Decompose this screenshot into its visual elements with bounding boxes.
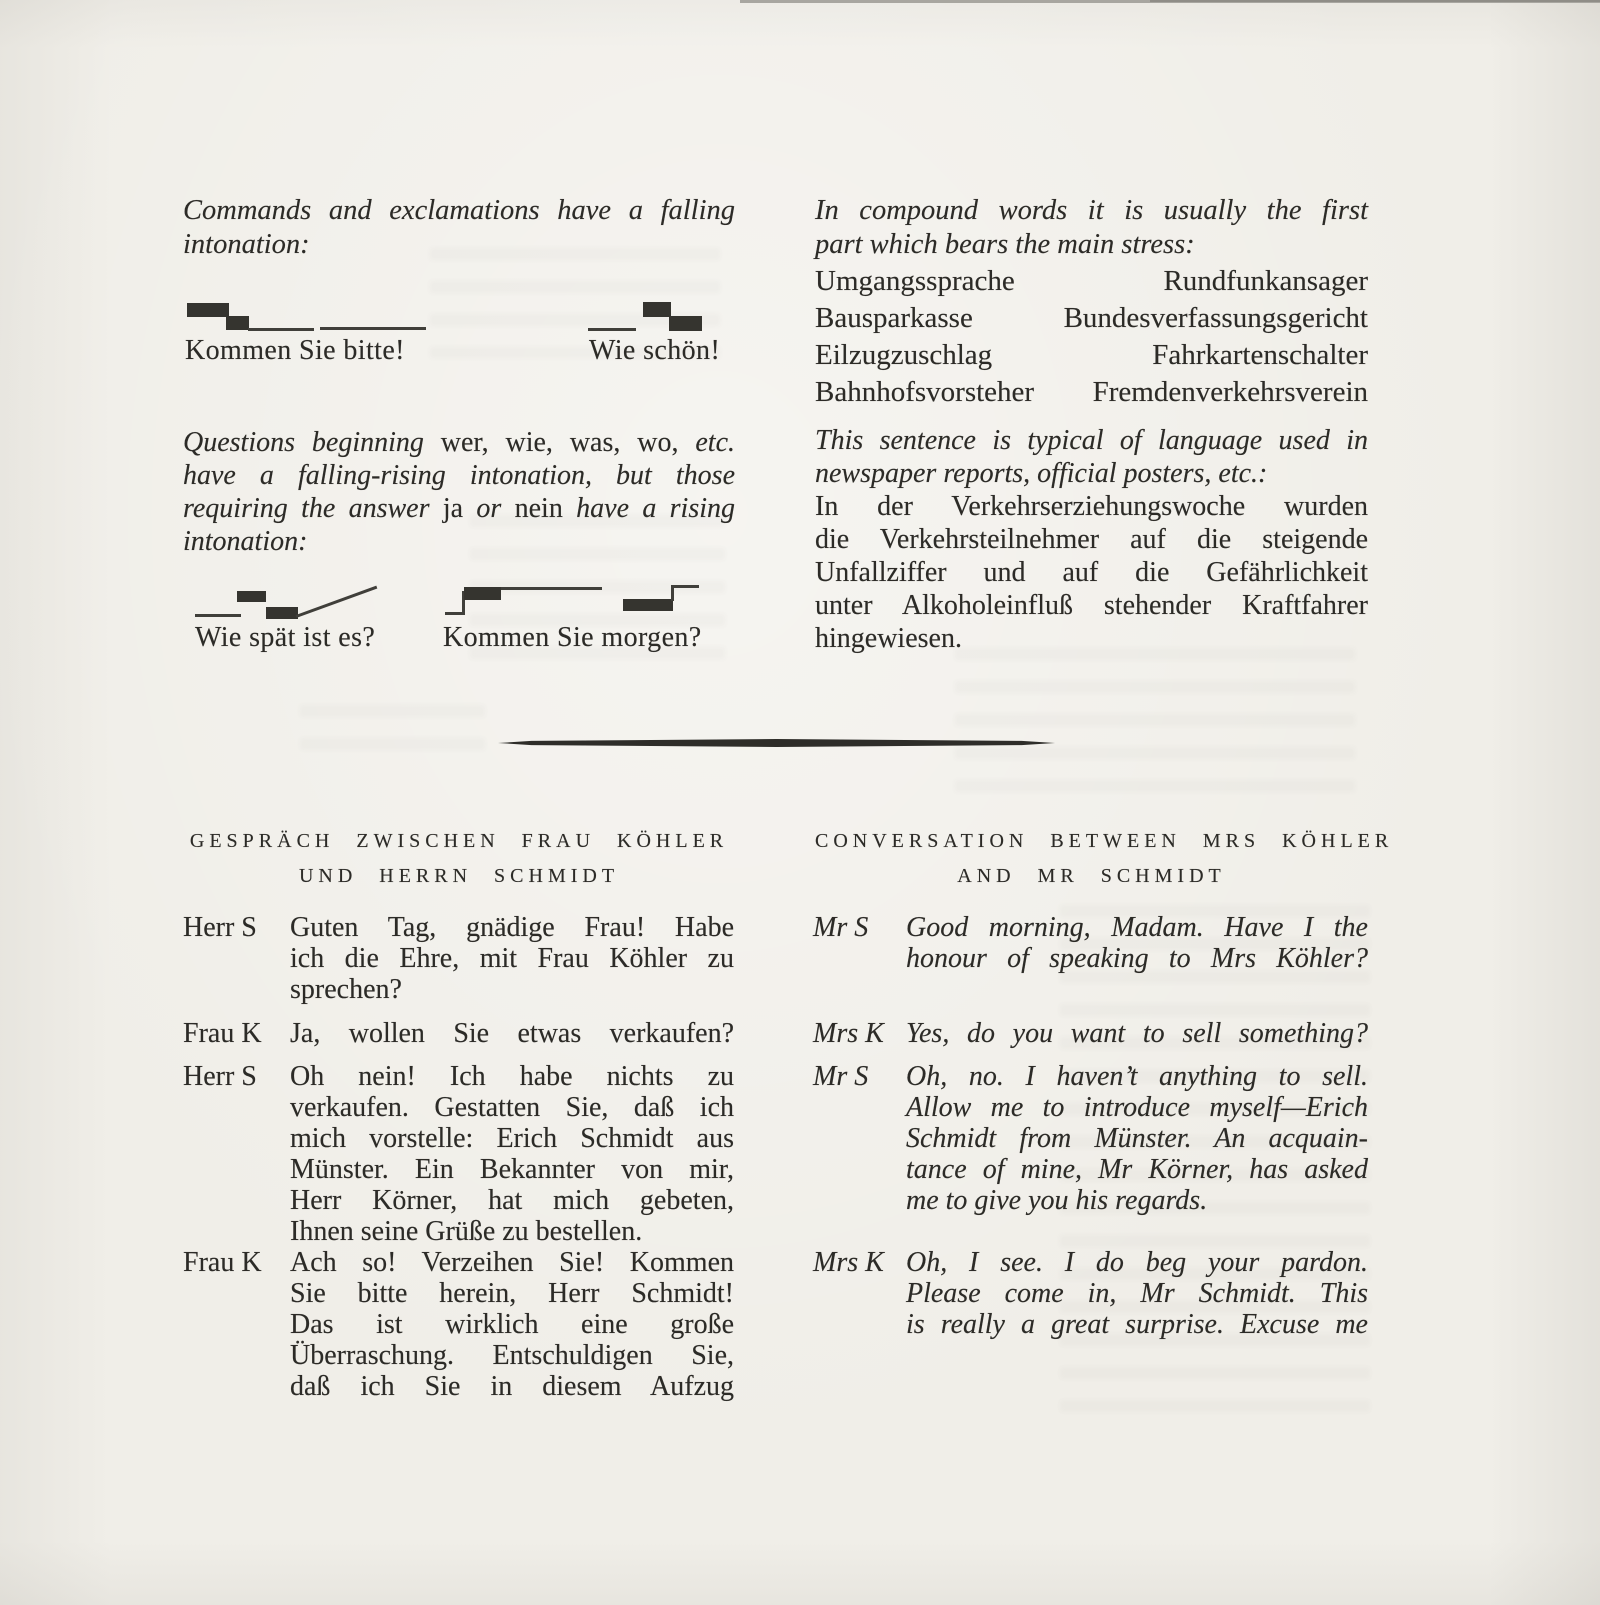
dialogue-turn: Mrs K Yes, do you want to sell something…	[813, 1018, 1368, 1049]
dialogue-text: Good morning, Madam. Have I the honour o…	[906, 912, 1368, 974]
pitch-bar-high	[187, 303, 229, 317]
dialogue-line: Sie bitte herein, Herr Schmidt!	[290, 1278, 734, 1309]
compound-word: Fremdenverkehrsverein	[1093, 374, 1368, 411]
dialogue-line: me to give you his regards.	[906, 1185, 1368, 1216]
text-segment: have a rising	[576, 493, 735, 524]
dialogue-line: Das ist wirklich eine große	[290, 1309, 734, 1340]
dialogue-line: Ja, wollen Sie etwas verkaufen?	[290, 1018, 734, 1049]
paragraph-line: part which bears the main stress:	[815, 228, 1368, 262]
dialogue-line: Oh, I see. I do beg your pardon.	[906, 1247, 1368, 1278]
dialogue-line: sprechen?	[290, 974, 734, 1005]
scan-top-edge-dark	[1150, 0, 1600, 2]
speaker-label: Herr S	[183, 1061, 290, 1247]
compound-word-row: BahnhofsvorsteherFremdenverkehrsverein	[815, 374, 1368, 411]
showthrough-ghost	[955, 648, 1355, 813]
dialogue-line: Schmidt from Münster. An acquain-	[906, 1123, 1368, 1154]
book-page-scan: Commands and exclamations have a falling…	[0, 0, 1600, 1605]
pitch-bar-mid	[226, 316, 249, 330]
compound-word: Rundfunkansager	[1163, 263, 1368, 300]
dialogue-text: Ja, wollen Sie etwas verkaufen?	[290, 1018, 734, 1049]
dialogue-line: Allow me to introduce myself—Erich	[906, 1092, 1368, 1123]
dialogue-line: Guten Tag, gnädige Frau! Habe	[290, 912, 734, 943]
pitch-bar-mid	[623, 599, 673, 611]
compound-word-list: UmgangsspracheRundfunkansager Bausparkas…	[815, 263, 1368, 411]
dialogue-text: Oh, I see. I do beg your pardon. Please …	[906, 1247, 1368, 1340]
dialogue-text: Ach so! Verzeihen Sie! Kommen Sie bitte …	[290, 1247, 734, 1402]
diagram-label: Kommen Sie morgen?	[443, 622, 702, 654]
dialogue-line: Ihnen seine Grüße zu bestellen.	[290, 1216, 734, 1247]
section-divider-rule	[498, 739, 1055, 747]
paragraph-line: die Verkehrsteilnehmer auf die steigende	[815, 523, 1368, 556]
dialogue-line: is really a great surprise. Excuse me	[906, 1309, 1368, 1340]
compound-word: Fahrkartenschalter	[1152, 337, 1368, 374]
dialogue-text: Yes, do you want to sell something?	[906, 1018, 1368, 1049]
paragraph-line: unter Alkoholeinfluß stehender Kraftfahr…	[815, 589, 1368, 622]
text-segment: nein	[515, 493, 563, 524]
compound-word: Umgangssprache	[815, 263, 1015, 300]
speaker-label: Herr S	[183, 912, 290, 1005]
pitch-bar-high	[464, 587, 501, 600]
dialogue-turn: Herr S Guten Tag, gnädige Frau! Habe ich…	[183, 912, 734, 1005]
compound-word: Bundesverfassungsgericht	[1064, 300, 1368, 337]
dialogue-line: Oh, no. I haven’t anything to sell.	[906, 1061, 1368, 1092]
dialogue-line: tance of mine, Mr Körner, has asked	[906, 1154, 1368, 1185]
dialogue-line: Please come in, Mr Schmidt. This	[906, 1278, 1368, 1309]
pitch-rise-line	[295, 586, 377, 618]
dialogue-turn: Mr S Oh, no. I haven’t anything to sell.…	[813, 1061, 1368, 1216]
speaker-label: Frau K	[183, 1247, 290, 1402]
paragraph-line: have a falling-rising intonation, but th…	[183, 459, 735, 492]
pitch-line-low	[248, 328, 314, 331]
sample-sentence-paragraph: In der Verkehrserziehungswoche wurden di…	[815, 490, 1368, 655]
paragraph-line: This sentence is typical of language use…	[815, 424, 1368, 457]
pitch-line-mid	[195, 614, 241, 617]
stress-rule-paragraph: In compound words it is usually the firs…	[815, 194, 1368, 262]
speaker-label: Mrs K	[813, 1247, 906, 1340]
paragraph-line: hingewiesen.	[815, 622, 1368, 655]
text-segment: etc.	[695, 427, 735, 458]
dialogue-line: honour of speaking to Mrs Köhler?	[906, 943, 1368, 974]
dialogue-line: Good morning, Madam. Have I the	[906, 912, 1368, 943]
compound-word: Eilzugzuschlag	[815, 337, 992, 374]
dialogue-line: verkaufen. Gestatten Sie, daß ich	[290, 1092, 734, 1123]
dialogue-text: Guten Tag, gnädige Frau! Habe ich die Eh…	[290, 912, 734, 1005]
heading-line: GESPRÄCH ZWISCHEN FRAU KÖHLER	[183, 824, 735, 859]
compound-word: Bahnhofsvorsteher	[815, 374, 1034, 411]
paragraph-line: newspaper reports, official posters, etc…	[815, 457, 1368, 490]
paragraph-line: intonation:	[183, 525, 735, 558]
pitch-line-low	[320, 327, 426, 330]
intonation-rule-paragraph-2: Questions beginning wer, wie, was, wo, e…	[183, 426, 735, 558]
dialogue-line: Münster. Ein Bekannter von mir,	[290, 1154, 734, 1185]
dialogue-line: Ach so! Verzeihen Sie! Kommen	[290, 1247, 734, 1278]
compound-word-row: EilzugzuschlagFahrkartenschalter	[815, 337, 1368, 374]
newspaper-rule-paragraph: This sentence is typical of language use…	[815, 424, 1368, 490]
pitch-bar-low	[266, 607, 298, 619]
text-segment: or	[476, 493, 501, 524]
pitch-bar-high	[237, 591, 266, 602]
paragraph-line: Unfallziffer und auf die Gefährlichkeit	[815, 556, 1368, 589]
dialogue-turn: Herr S Oh nein! Ich habe nichts zu verka…	[183, 1061, 734, 1247]
dialogue-turn: Frau K Ach so! Verzeihen Sie! Kommen Sie…	[183, 1247, 734, 1402]
paragraph-line: In der Verkehrserziehungswoche wurden	[815, 490, 1368, 523]
diagram-label: Wie spät ist es?	[195, 622, 375, 654]
section-heading-english: CONVERSATION BETWEEN MRS KÖHLER AND MR S…	[815, 824, 1368, 894]
dialogue-line: Herr Körner, hat mich gebeten,	[290, 1185, 734, 1216]
section-heading-german: GESPRÄCH ZWISCHEN FRAU KÖHLER UND HERRN …	[183, 824, 735, 894]
showthrough-ghost	[300, 705, 485, 760]
dialogue-text: Oh nein! Ich habe nichts zu verkaufen. G…	[290, 1061, 734, 1247]
dialogue-line: Überraschung. Entschuldigen Sie,	[290, 1340, 734, 1371]
diagram-label: Kommen Sie bitte!	[185, 335, 405, 367]
speaker-label: Mr S	[813, 1061, 906, 1216]
dialogue-line: mich vorstelle: Erich Schmidt aus	[290, 1123, 734, 1154]
heading-line: CONVERSATION BETWEEN MRS KÖHLER	[815, 824, 1368, 859]
diagram-label: Wie schön!	[589, 335, 720, 367]
heading-line: UND HERRN SCHMIDT	[183, 859, 735, 894]
dialogue-line: ich die Ehre, mit Frau Köhler zu	[290, 943, 734, 974]
text-segment: wer, wie, was, wo,	[441, 427, 679, 458]
pitch-line-high	[673, 585, 699, 588]
dialogue-turn: Mr S Good morning, Madam. Have I the hon…	[813, 912, 1368, 974]
speaker-label: Frau K	[183, 1018, 290, 1049]
compound-word: Bausparkasse	[815, 300, 973, 337]
text-segment: Questions beginning	[183, 427, 424, 458]
paragraph-line: In compound words it is usually the firs…	[815, 194, 1368, 228]
dialogue-line: daß ich Sie in diesem Aufzug	[290, 1371, 734, 1402]
pitch-line-mid	[588, 328, 636, 331]
paragraph-line: intonation:	[183, 228, 735, 262]
pitch-bar-high	[643, 302, 671, 317]
dialogue-turn: Frau K Ja, wollen Sie etwas verkaufen?	[183, 1018, 734, 1049]
text-segment: requiring the answer	[183, 493, 430, 524]
dialogue-line: Yes, do you want to sell something?	[906, 1018, 1368, 1049]
compound-word-row: BausparkasseBundesverfassungsgericht	[815, 300, 1368, 337]
dialogue-turn: Mrs K Oh, I see. I do beg your pardon. P…	[813, 1247, 1368, 1340]
paragraph-line: Questions beginning wer, wie, was, wo, e…	[183, 426, 735, 459]
text-segment: ja	[443, 493, 463, 524]
dialogue-line: Oh nein! Ich habe nichts zu	[290, 1061, 734, 1092]
pitch-line-high	[501, 587, 602, 590]
speaker-label: Mr S	[813, 912, 906, 974]
speaker-label: Mrs K	[813, 1018, 906, 1049]
pitch-bar-mid	[669, 316, 702, 331]
heading-line: AND MR SCHMIDT	[815, 859, 1368, 894]
paragraph-line: Commands and exclamations have a falling	[183, 194, 735, 228]
paragraph-line: requiring the answer ja or nein have a r…	[183, 492, 735, 525]
compound-word-row: UmgangsspracheRundfunkansager	[815, 263, 1368, 300]
dialogue-text: Oh, no. I haven’t anything to sell. Allo…	[906, 1061, 1368, 1216]
intonation-rule-paragraph-1: Commands and exclamations have a falling…	[183, 194, 735, 262]
